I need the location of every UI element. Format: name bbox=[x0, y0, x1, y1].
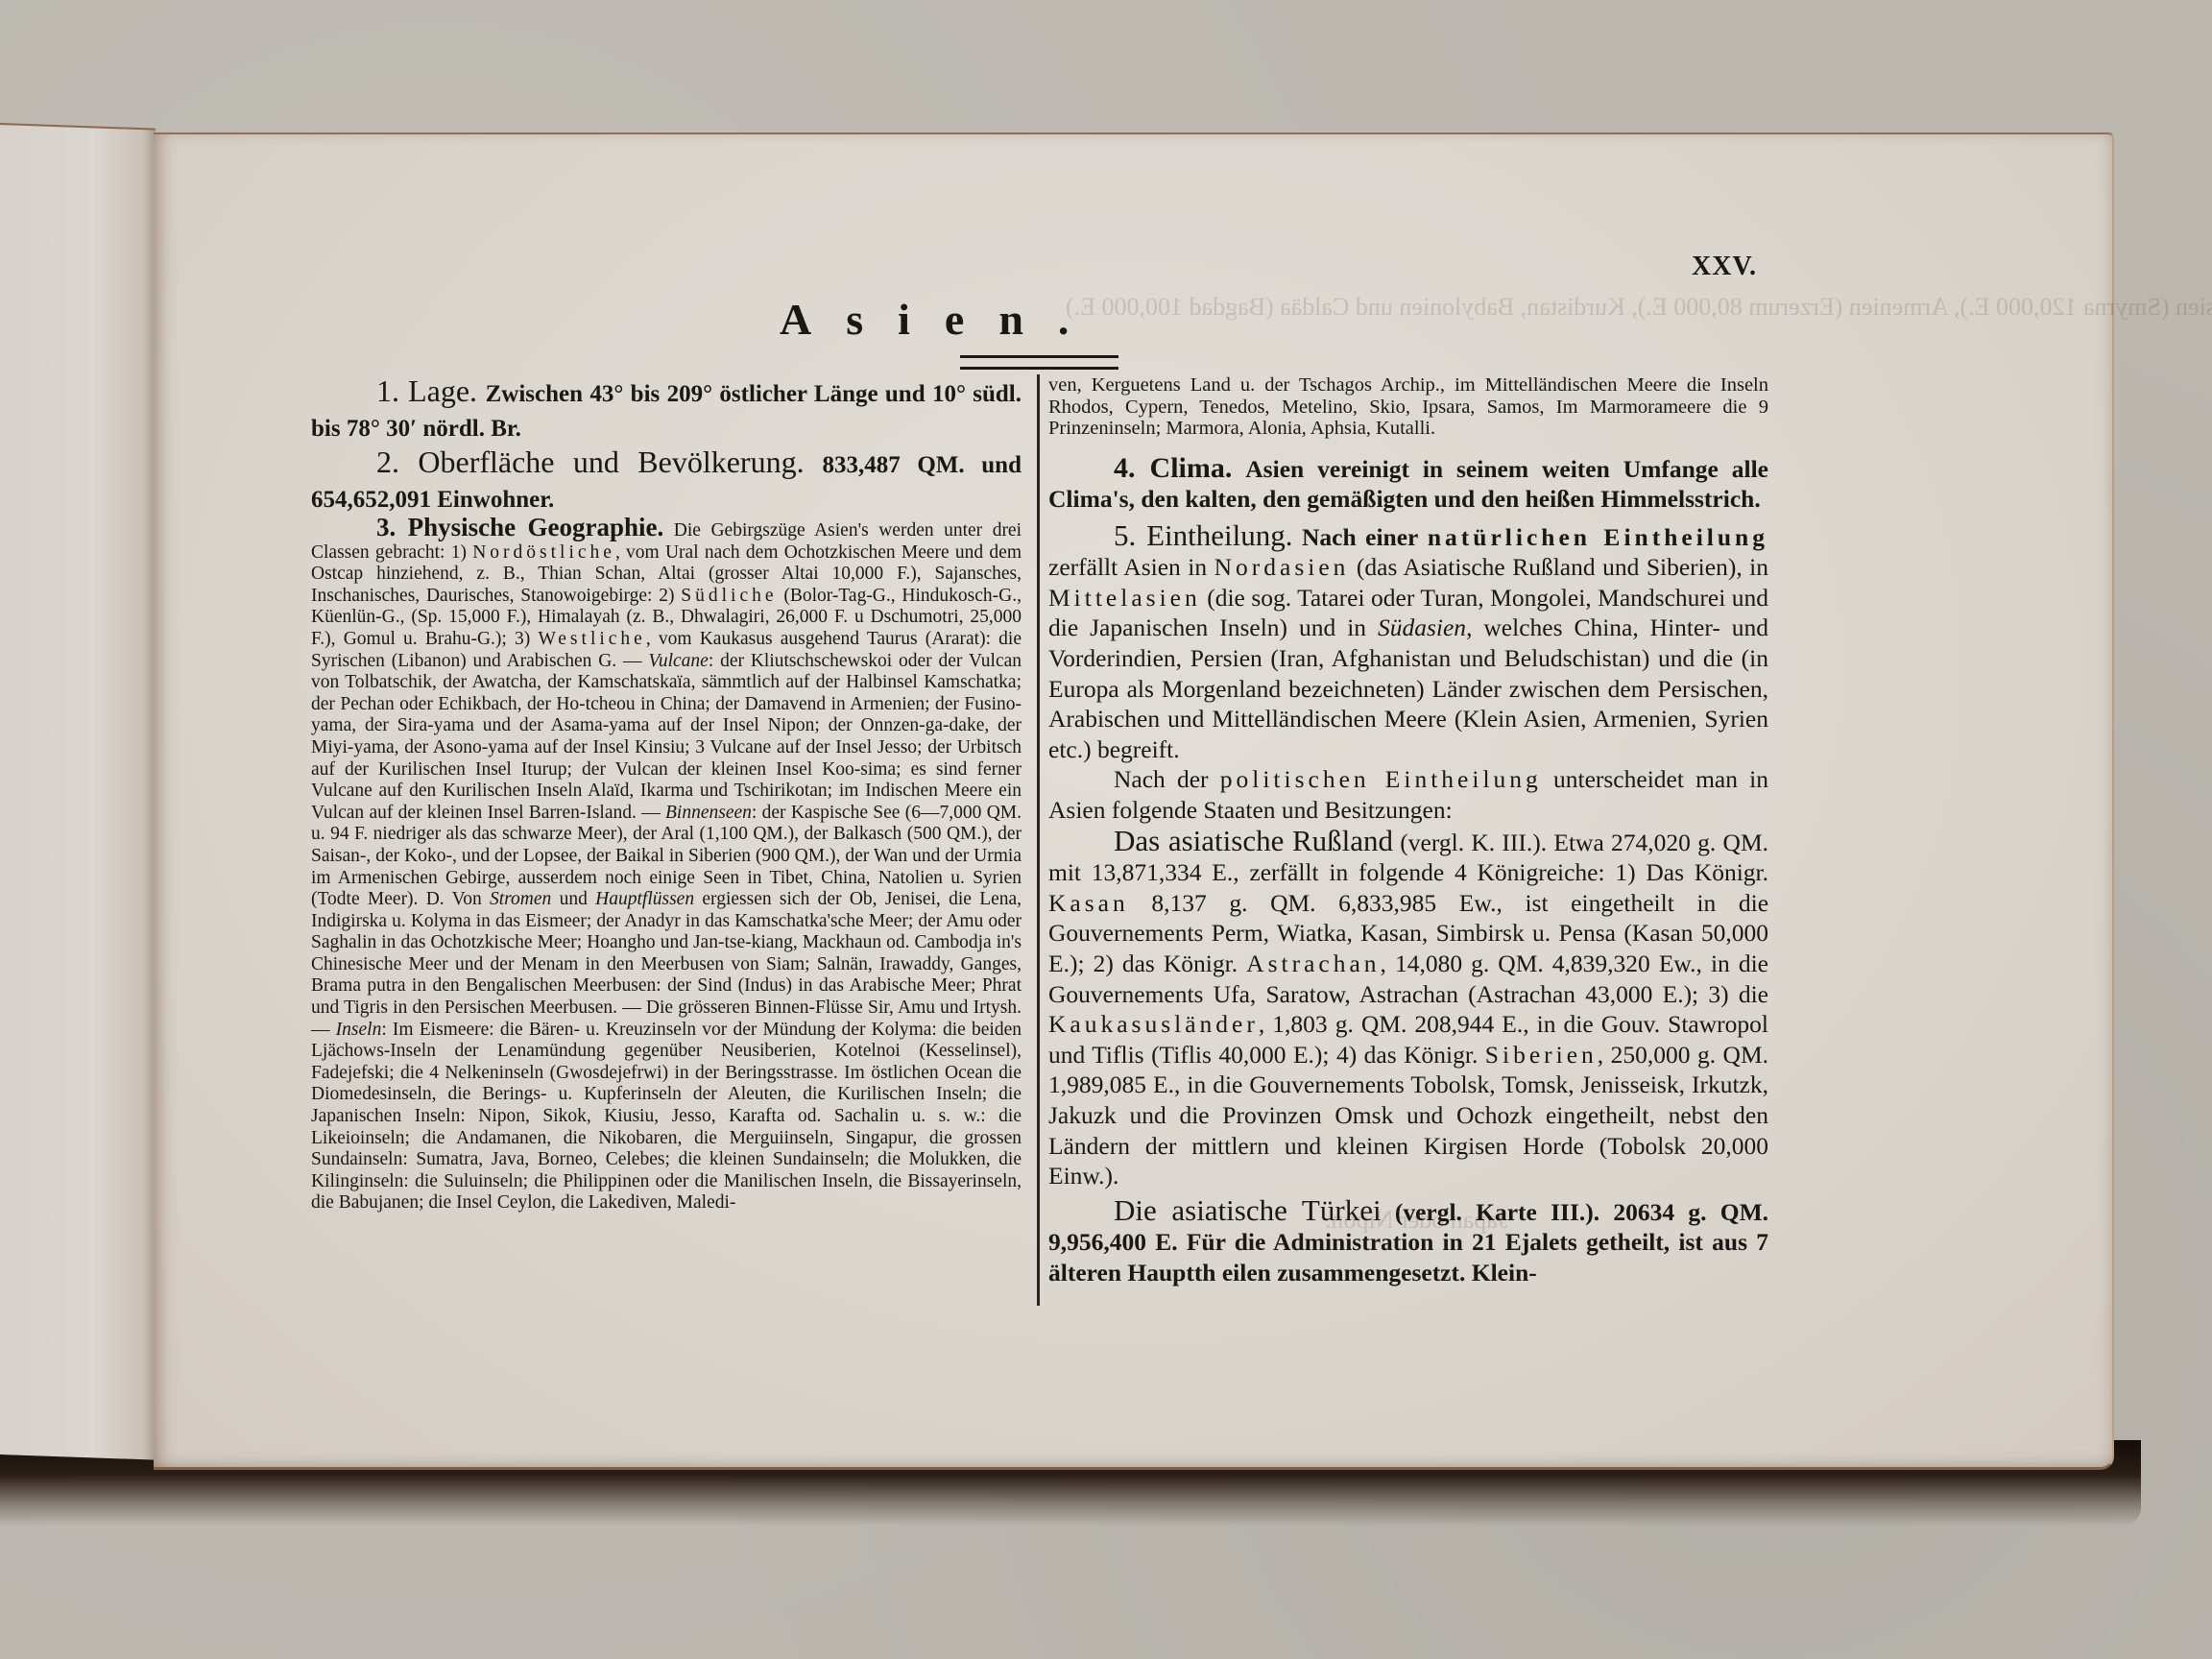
left-column: 1. Lage. Zwischen 43° bis 209° östlicher… bbox=[311, 374, 1022, 1214]
section-heading: 1. Lage. bbox=[376, 373, 477, 408]
body-text: Nach einer bbox=[1302, 523, 1418, 551]
emphasis-text: politischen Eintheilung bbox=[1220, 765, 1542, 793]
emphasis-text: Nordöstliche bbox=[472, 542, 615, 563]
body-text: : der Kliutschschewskoi oder der Vulcan … bbox=[311, 651, 1022, 823]
section-oberflaeche: 2. Oberfläche und Bevölkerung. 833,487 Q… bbox=[311, 445, 1022, 517]
section-heading: 3. Physische Geographie. bbox=[376, 513, 663, 541]
emphasis-text: Siberien bbox=[1485, 1041, 1598, 1069]
emphasis-text: Nordasien bbox=[1214, 553, 1350, 581]
political-division-intro: Nach der politischen Eintheilung untersc… bbox=[1048, 764, 1768, 825]
state-heading: Das asiatische Rußland bbox=[1114, 824, 1393, 857]
body-text: und bbox=[560, 889, 588, 909]
left-page-leaf bbox=[0, 123, 156, 1460]
title-double-rule bbox=[960, 355, 1118, 370]
body-text: zerfällt Asien in bbox=[1048, 553, 1207, 581]
emphasis-text: Astrachan bbox=[1246, 950, 1380, 977]
subheading-stroemen: Stromen bbox=[490, 889, 551, 909]
page-number: XXV. bbox=[1692, 252, 1757, 282]
section-clima: 4. Clima. Asien vereinigt in seinem weit… bbox=[1048, 453, 1768, 515]
subheading-hauptfluessen: Hauptflüssen bbox=[595, 889, 694, 909]
section-heading: 4. Clima. bbox=[1114, 452, 1232, 484]
column-divider bbox=[1037, 374, 1040, 1306]
emphasis-text: natürlichen Eintheilung bbox=[1428, 523, 1768, 551]
section-tuerkei: Die asiatische Türkei (vergl. Karte III.… bbox=[1048, 1195, 1768, 1288]
emphasis-text: Kaukasusländer bbox=[1048, 1010, 1259, 1038]
emphasis-text: Südasien bbox=[1378, 613, 1466, 641]
subheading-inseln: Inseln bbox=[336, 1020, 382, 1040]
body-text: ergiessen sich der Ob, Jenisei, die Lena… bbox=[311, 889, 1022, 1040]
islands-continued: ven, Kerguetens Land u. der Tschagos Arc… bbox=[1048, 374, 1768, 440]
section-heading: 5. Eintheilung. bbox=[1114, 518, 1293, 552]
subheading-binnenseen: Binnenseen bbox=[665, 803, 752, 823]
emphasis-text: Kasan bbox=[1048, 889, 1129, 917]
section-physische-geographie: 3. Physische Geographie. Die Gebirgszüge… bbox=[311, 517, 1022, 1214]
section-heading: 2. Oberfläche und Bevölkerung. bbox=[376, 445, 805, 479]
right-column: ven, Kerguetens Land u. der Tschagos Arc… bbox=[1048, 374, 1768, 1288]
section-lage: 1. Lage. Zwischen 43° bis 209° östlicher… bbox=[311, 374, 1022, 445]
body-text: : Im Eismeere: die Bären- u. Kreuzinseln… bbox=[311, 1020, 1022, 1214]
body-text: Nach der bbox=[1114, 765, 1209, 793]
section-russland: Das asiatische Rußland (vergl. K. III.).… bbox=[1048, 826, 1768, 1191]
state-heading: Die asiatische Türkei bbox=[1114, 1193, 1382, 1227]
page-title: Asien. bbox=[780, 294, 1103, 345]
emphasis-text: Südliche bbox=[681, 586, 777, 606]
bleed-through-text: Asien (Smyrna 120,000 E.), Armenien (Erz… bbox=[1066, 293, 2212, 322]
emphasis-text: Westliche bbox=[538, 629, 645, 649]
map-reference: (vergl. Karte III.). bbox=[1395, 1198, 1599, 1226]
section-eintheilung: 5. Eintheilung. Nach einer natürlichen E… bbox=[1048, 520, 1768, 765]
map-reference: (vergl. K. III.). bbox=[1400, 829, 1547, 856]
subheading-vulcane: Vulcane bbox=[648, 651, 708, 671]
body-text: (das Asiatische Rußland und Siberien), i… bbox=[1357, 553, 1768, 581]
emphasis-text: Mittelasien bbox=[1048, 584, 1201, 612]
